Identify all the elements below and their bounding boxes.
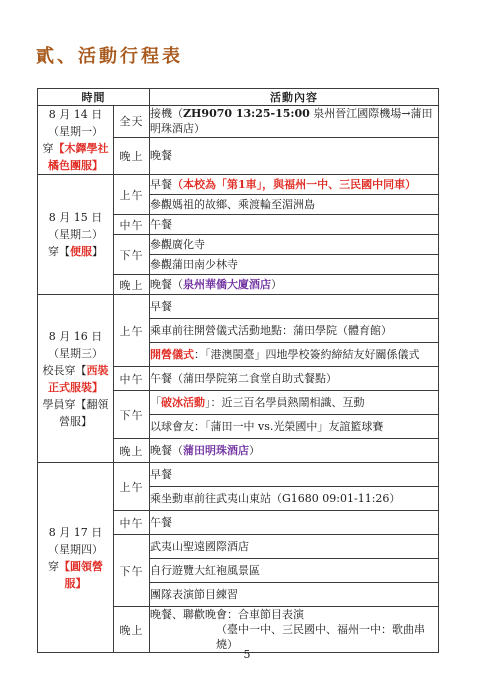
activity-line: 以球會友：「蒲田一中 vs.光榮國中」友誼籃球賽 (150, 419, 438, 434)
text-segment: 穿 (43, 142, 54, 155)
text-segment: 【圓領營 (59, 560, 103, 573)
activity-line: 晚餐、聯歡晚會：合車節目表演 (150, 607, 438, 622)
activity-line: 參觀蒲田南少林寺 (150, 257, 438, 272)
text-segment: 團隊表演節目練習 (150, 588, 238, 601)
time-slot: 中午 (114, 367, 150, 391)
date-cell: 8 月 16 日（星期三）校長穿【西裝正式服裝】學員穿【翻領營服】 (38, 295, 114, 463)
text-segment: 開營儀式 (150, 348, 194, 361)
activity-line: 參觀媽祖的故鄉、乘渡輪至湄洲島 (150, 197, 438, 212)
schedule-table: 時間 活動內容 8 月 14 日（星期一）穿【木鐸學社橘色團服】全天接機（ZH9… (37, 88, 439, 653)
time-slot: 上午 (114, 295, 150, 367)
text-segment: 參觀廣化寺 (150, 238, 205, 251)
time-slot: 下午 (114, 235, 150, 275)
time-slot: 晚上 (114, 137, 150, 174)
text-segment: 蒲田明珠酒店 (183, 444, 249, 457)
activity-line: 團隊表演節目練習 (150, 587, 438, 602)
date-line: 服】 (38, 575, 113, 592)
activity-line: 午餐（蒲田學院第二食堂自助式餐點） (150, 371, 438, 386)
activity-cell: 參觀媽祖的故鄉、乘渡輪至湄洲島 (150, 195, 439, 215)
text-segment: （臺中一中、三民國中、福州一中：歌曲串燒） (216, 623, 425, 651)
time-slot: 上午 (114, 463, 150, 511)
text-segment: 橘色團服】 (48, 159, 103, 172)
time-slot: 上午 (114, 175, 150, 215)
activity-line: 晚餐 (150, 148, 438, 163)
text-segment: 穿【 (48, 245, 70, 258)
text-segment: 8 月 15 日 (49, 211, 103, 224)
table-header-row: 時間 活動內容 (38, 89, 439, 106)
text-segment: ） (249, 444, 260, 457)
date-line: 8 月 14 日 (38, 106, 113, 123)
text-segment: 接機（ (150, 107, 183, 120)
date-line: 穿【木鐸學社 (38, 140, 113, 157)
text-segment: 泉州華僑大廈酒店 (183, 278, 271, 291)
activity-line: 早餐 (150, 467, 438, 482)
activity-cell: 早餐（本校為「第1車」，與福州一中、三民國中同車） (150, 175, 439, 195)
activity-cell: 晚餐、聯歡晚會：合車節目表演（臺中一中、三民國中、福州一中：歌曲串燒） (150, 607, 439, 653)
time-slot: 中午 (114, 511, 150, 535)
page-number: 5 (0, 648, 494, 661)
activity-cell: 參觀廣化寺 (150, 235, 439, 255)
date-line: 8 月 16 日 (38, 328, 113, 345)
activity-cell: 午餐 (150, 511, 439, 535)
date-line: 穿【便服】 (38, 243, 113, 260)
activity-cell: 接機（ZH9070 13:25-15:00 泉州晉江國際機場→蒲田明珠酒店） (150, 106, 439, 138)
activity-cell: 晚餐（蒲田明珠酒店） (150, 439, 439, 463)
text-segment: 8 月 16 日 (49, 330, 103, 343)
schedule-table-body: 8 月 14 日（星期一）穿【木鐸學社橘色團服】全天接機（ZH9070 13:2… (38, 106, 439, 653)
activity-cell: 晚餐（泉州華僑大廈酒店） (150, 275, 439, 295)
activity-cell: 乘坐動車前往武夷山東站（G1680 09:01-11:26） (150, 487, 439, 511)
time-slot: 晚上 (114, 607, 150, 653)
text-segment: 「 (150, 396, 161, 409)
text-segment: 西裝 (87, 364, 109, 377)
document-page: { "page": { "title": "貳、活動行程表", "page_nu… (0, 0, 494, 700)
text-segment: （星期四） (48, 543, 103, 556)
table-row: 8 月 17 日（星期四）穿【圓領營服】上午早餐 (38, 463, 439, 487)
activity-cell: 早餐 (150, 463, 439, 487)
text-segment: （本校為「第1車」，與福州一中、三民國中同車） (172, 178, 416, 191)
time-slot: 晚上 (114, 439, 150, 463)
text-segment: 早餐 (150, 178, 172, 191)
date-cell: 8 月 14 日（星期一）穿【木鐸學社橘色團服】 (38, 106, 114, 175)
time-slot: 中午 (114, 215, 150, 235)
activity-line: 午餐 (150, 515, 438, 530)
activity-line: 開營儀式：「港澳閩臺」四地學校簽約締結友好關係儀式 (150, 347, 438, 362)
date-line: （星期一） (38, 123, 113, 140)
time-slot: 下午 (114, 535, 150, 607)
activity-cell: 自行遊覽大紅袍風景區 (150, 559, 439, 583)
time-slot: 晚上 (114, 275, 150, 295)
activity-line: 午餐 (150, 217, 438, 232)
text-segment: 參觀蒲田南少林寺 (150, 258, 238, 271)
text-segment: 午餐（蒲田學院第二食堂自助式餐點） (150, 372, 337, 385)
text-segment: 破冰活動 (161, 396, 205, 409)
text-segment: 晚餐（ (150, 278, 183, 291)
activity-cell: 參觀蒲田南少林寺 (150, 255, 439, 275)
time-slot: 全天 (114, 106, 150, 138)
activity-line: 晚餐（泉州華僑大廈酒店） (150, 277, 438, 292)
date-line: 橘色團服】 (38, 157, 113, 174)
activity-cell: 開營儀式：「港澳閩臺」四地學校簽約締結友好關係儀式 (150, 343, 439, 367)
date-cell: 8 月 15 日（星期二）穿【便服】 (38, 175, 114, 295)
date-line: 8 月 17 日 (38, 524, 113, 541)
text-segment: ：「港澳閩臺」四地學校簽約締結友好關係儀式 (194, 348, 420, 361)
text-segment: 晚餐 (150, 149, 172, 162)
text-segment: 8 月 17 日 (49, 526, 103, 539)
activity-line: 接機（ZH9070 13:25-15:00 泉州晉江國際機場→蒲田明珠酒店） (150, 106, 438, 136)
table-header-content: 活動內容 (150, 89, 439, 106)
text-segment: 校長穿【 (43, 364, 87, 377)
table-row: 8 月 16 日（星期三）校長穿【西裝正式服裝】學員穿【翻領營服】上午早餐 (38, 295, 439, 319)
text-segment: 武夷山聖遠國際酒店 (150, 540, 249, 553)
page-title: 貳、活動行程表 (36, 42, 183, 68)
date-line: 學員穿【翻領 (38, 396, 113, 413)
activity-cell: 午餐（蒲田學院第二食堂自助式餐點） (150, 367, 439, 391)
date-cell: 8 月 17 日（星期四）穿【圓領營服】 (38, 463, 114, 653)
text-segment: 正式服裝】 (48, 381, 103, 394)
text-segment: 服】 (65, 577, 87, 590)
text-segment: 營服】 (59, 415, 92, 428)
text-segment: （星期三） (48, 347, 103, 360)
activity-cell: 午餐 (150, 215, 439, 235)
activity-cell: 晚餐 (150, 137, 439, 174)
activity-line: 參觀廣化寺 (150, 237, 438, 252)
text-segment: 】 (92, 245, 103, 258)
text-segment: 以球會友：「蒲田一中 vs.光榮國中」友誼籃球賽 (150, 420, 383, 433)
activity-cell: 「破冰活動」：近三百名學員熱鬧相識、互動 (150, 391, 439, 415)
activity-line: 乘坐動車前往武夷山東站（G1680 09:01-11:26） (150, 491, 438, 506)
activity-line: 自行遊覽大紅袍風景區 (150, 563, 438, 578)
text-segment: 乘車前往開營儀式活動地點：蒲田學院（體育館） (150, 324, 392, 337)
text-segment: 早餐 (150, 300, 172, 313)
table-header-time: 時間 (38, 89, 150, 106)
text-segment: 8 月 14 日 (49, 108, 103, 121)
table-row: 8 月 15 日（星期二）穿【便服】上午早餐（本校為「第1車」，與福州一中、三民… (38, 175, 439, 195)
text-segment: 學員穿【翻領 (43, 398, 109, 411)
date-line: 8 月 15 日 (38, 209, 113, 226)
text-segment: 晚餐、聯歡晚會：合車節目表演 (150, 608, 304, 621)
text-segment: ZH9070 13:25-15:00 (183, 107, 310, 120)
text-segment: 穿 (48, 560, 59, 573)
date-line: （星期四） (38, 541, 113, 558)
activity-line: 「破冰活動」：近三百名學員熱鬧相識、互動 (150, 395, 438, 410)
date-line: （星期二） (38, 226, 113, 243)
activity-line: 乘車前往開營儀式活動地點：蒲田學院（體育館） (150, 323, 438, 338)
date-line: 穿【圓領營 (38, 558, 113, 575)
text-segment: ） (271, 278, 282, 291)
activity-cell: 乘車前往開營儀式活動地點：蒲田學院（體育館） (150, 319, 439, 343)
text-segment: （星期二） (48, 228, 103, 241)
date-line: 校長穿【西裝 (38, 362, 113, 379)
text-segment: 午餐 (150, 516, 172, 529)
time-slot: 下午 (114, 391, 150, 439)
text-segment: 乘坐動車前往武夷山東站（G1680 09:01-11:26） (150, 492, 400, 505)
text-segment: 」：近三百名學員熱鬧相識、互動 (205, 396, 365, 409)
date-line: 正式服裝】 (38, 379, 113, 396)
text-segment: 晚餐（ (150, 444, 183, 457)
table-row: 8 月 14 日（星期一）穿【木鐸學社橘色團服】全天接機（ZH9070 13:2… (38, 106, 439, 138)
activity-cell: 團隊表演節目練習 (150, 583, 439, 607)
activity-cell: 武夷山聖遠國際酒店 (150, 535, 439, 559)
activity-cell: 早餐 (150, 295, 439, 319)
date-line: 營服】 (38, 413, 113, 430)
text-segment: 【木鐸學社 (54, 142, 109, 155)
activity-line: 武夷山聖遠國際酒店 (150, 539, 438, 554)
activity-line: 晚餐（蒲田明珠酒店） (150, 443, 438, 458)
text-segment: 自行遊覽大紅袍風景區 (150, 564, 260, 577)
activity-line: 早餐 (150, 299, 438, 314)
activity-line: 早餐（本校為「第1車」，與福州一中、三民國中同車） (150, 177, 438, 192)
text-segment: （星期一） (48, 125, 103, 138)
text-segment: 便服 (70, 245, 92, 258)
text-segment: 參觀媽祖的故鄉、乘渡輪至湄洲島 (150, 198, 315, 211)
text-segment: 早餐 (150, 468, 172, 481)
text-segment: 午餐 (150, 218, 172, 231)
activity-cell: 以球會友：「蒲田一中 vs.光榮國中」友誼籃球賽 (150, 415, 439, 439)
date-line: （星期三） (38, 345, 113, 362)
